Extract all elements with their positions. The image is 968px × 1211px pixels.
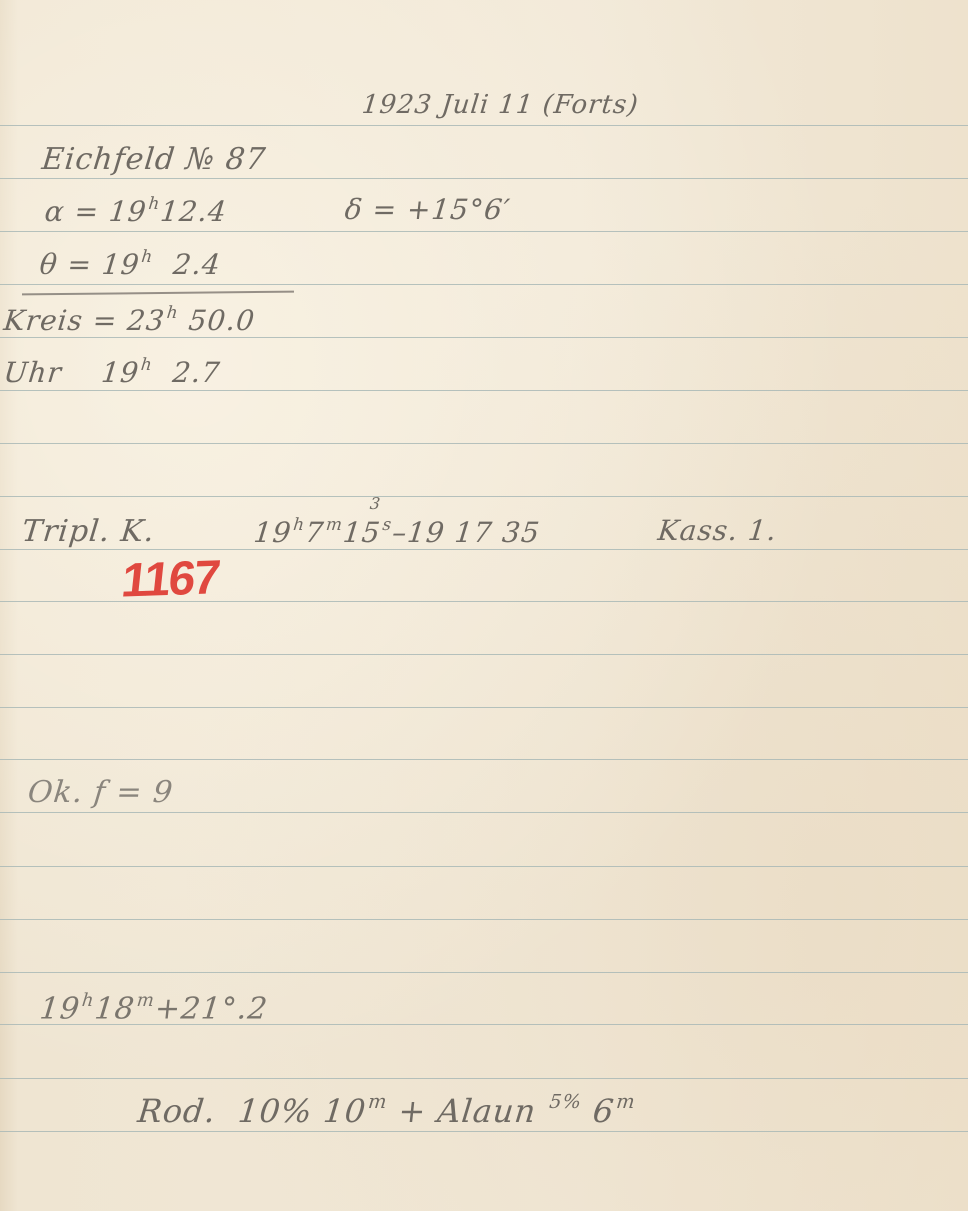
uhr-hours-unit: h: [140, 354, 154, 374]
plate-number: 1167: [119, 550, 221, 608]
rodinal-label: Rod.: [136, 1092, 218, 1130]
position-minutes-unit: m: [136, 990, 156, 1011]
ruled-line: [0, 866, 968, 867]
theta-hours-unit: h: [141, 246, 155, 266]
theta-hours: 19: [100, 248, 141, 281]
sum-underline: [22, 291, 294, 296]
ruled-line: [0, 1078, 968, 1079]
exposure-time: 19h7m15s–19 17 35: [252, 514, 542, 549]
notebook-page: 1923 Juli 11 (Forts) Eichfeld № 87 α = 1…: [0, 0, 968, 1211]
alpha-label: α =: [43, 195, 111, 228]
ruled-line: [0, 496, 968, 497]
uhr-minutes: 2.7: [171, 356, 222, 389]
start-minutes: 7: [304, 516, 326, 549]
end-time: 19 17 35: [406, 516, 542, 549]
position-declination: +21°.2: [153, 992, 270, 1027]
uhr-entry: Uhr 19h 2.7: [2, 354, 222, 389]
start-minutes-unit: m: [325, 514, 344, 534]
start-seconds: 15: [341, 516, 382, 549]
alaun-time: 6: [591, 1092, 616, 1130]
cassette-label: Kass. 1.: [656, 514, 778, 547]
developer-entry: Rod. 10% 10m + Alaun 5% 6m: [136, 1090, 638, 1130]
page-date: 1923 Juli 11 (Forts): [360, 90, 640, 120]
ruled-line: [0, 443, 968, 444]
kreis-label: Kreis =: [2, 304, 129, 337]
alaun-time-unit: m: [615, 1090, 637, 1113]
rodinal-concentration: 10%: [236, 1092, 314, 1130]
kreis-minutes: 50.0: [187, 304, 257, 337]
ocular-entry: Ok. f = 9: [26, 775, 175, 810]
alpha-hours-unit: h: [148, 193, 162, 213]
position-minutes: 18: [93, 992, 137, 1027]
position-entry: 19h18m+21°.2: [38, 990, 270, 1027]
kreis-entry: Kreis = 23h 50.0: [2, 302, 257, 337]
plus-sign: +: [397, 1092, 429, 1130]
ruled-line: [0, 812, 968, 813]
position-hours-unit: h: [81, 990, 96, 1011]
exposure-label: Tripl. K.: [20, 514, 156, 549]
ruled-line: [0, 390, 968, 391]
start-hours: 19: [252, 516, 293, 549]
ruled-line: [0, 125, 968, 126]
ruled-line: [0, 759, 968, 760]
ruled-line: [0, 919, 968, 920]
ruled-line: [0, 549, 968, 550]
rodinal-time: 10: [322, 1092, 369, 1130]
theta-label: θ =: [38, 248, 104, 281]
ruled-line: [0, 178, 968, 179]
field-title: Eichfeld № 87: [40, 142, 268, 177]
kreis-hours: 23: [126, 304, 167, 337]
alpha-minutes: 12.4: [159, 195, 229, 228]
delta-entry: δ = +15°6′: [343, 193, 512, 226]
ruled-line: [0, 654, 968, 655]
ruled-line: [0, 972, 968, 973]
ruled-line: [0, 707, 968, 708]
rodinal-time-unit: m: [367, 1090, 389, 1113]
alaun-concentration: 5%: [548, 1090, 583, 1113]
ruled-line: [0, 1131, 968, 1132]
ruled-line: [0, 231, 968, 232]
theta-minutes: 2.4: [172, 248, 223, 281]
correction-digit: 3: [369, 494, 382, 513]
ruled-line: [0, 337, 968, 338]
alaun-label: Alaun: [436, 1092, 539, 1130]
alpha-entry: α = 19h12.4: [43, 193, 229, 228]
uhr-label: Uhr: [2, 356, 63, 389]
position-hours: 19: [38, 992, 82, 1027]
alpha-hours: 19: [107, 195, 148, 228]
ruled-line: [0, 284, 968, 285]
theta-entry: θ = 19h 2.4: [38, 246, 223, 281]
kreis-hours-unit: h: [166, 302, 180, 322]
uhr-hours: 19: [100, 356, 141, 389]
